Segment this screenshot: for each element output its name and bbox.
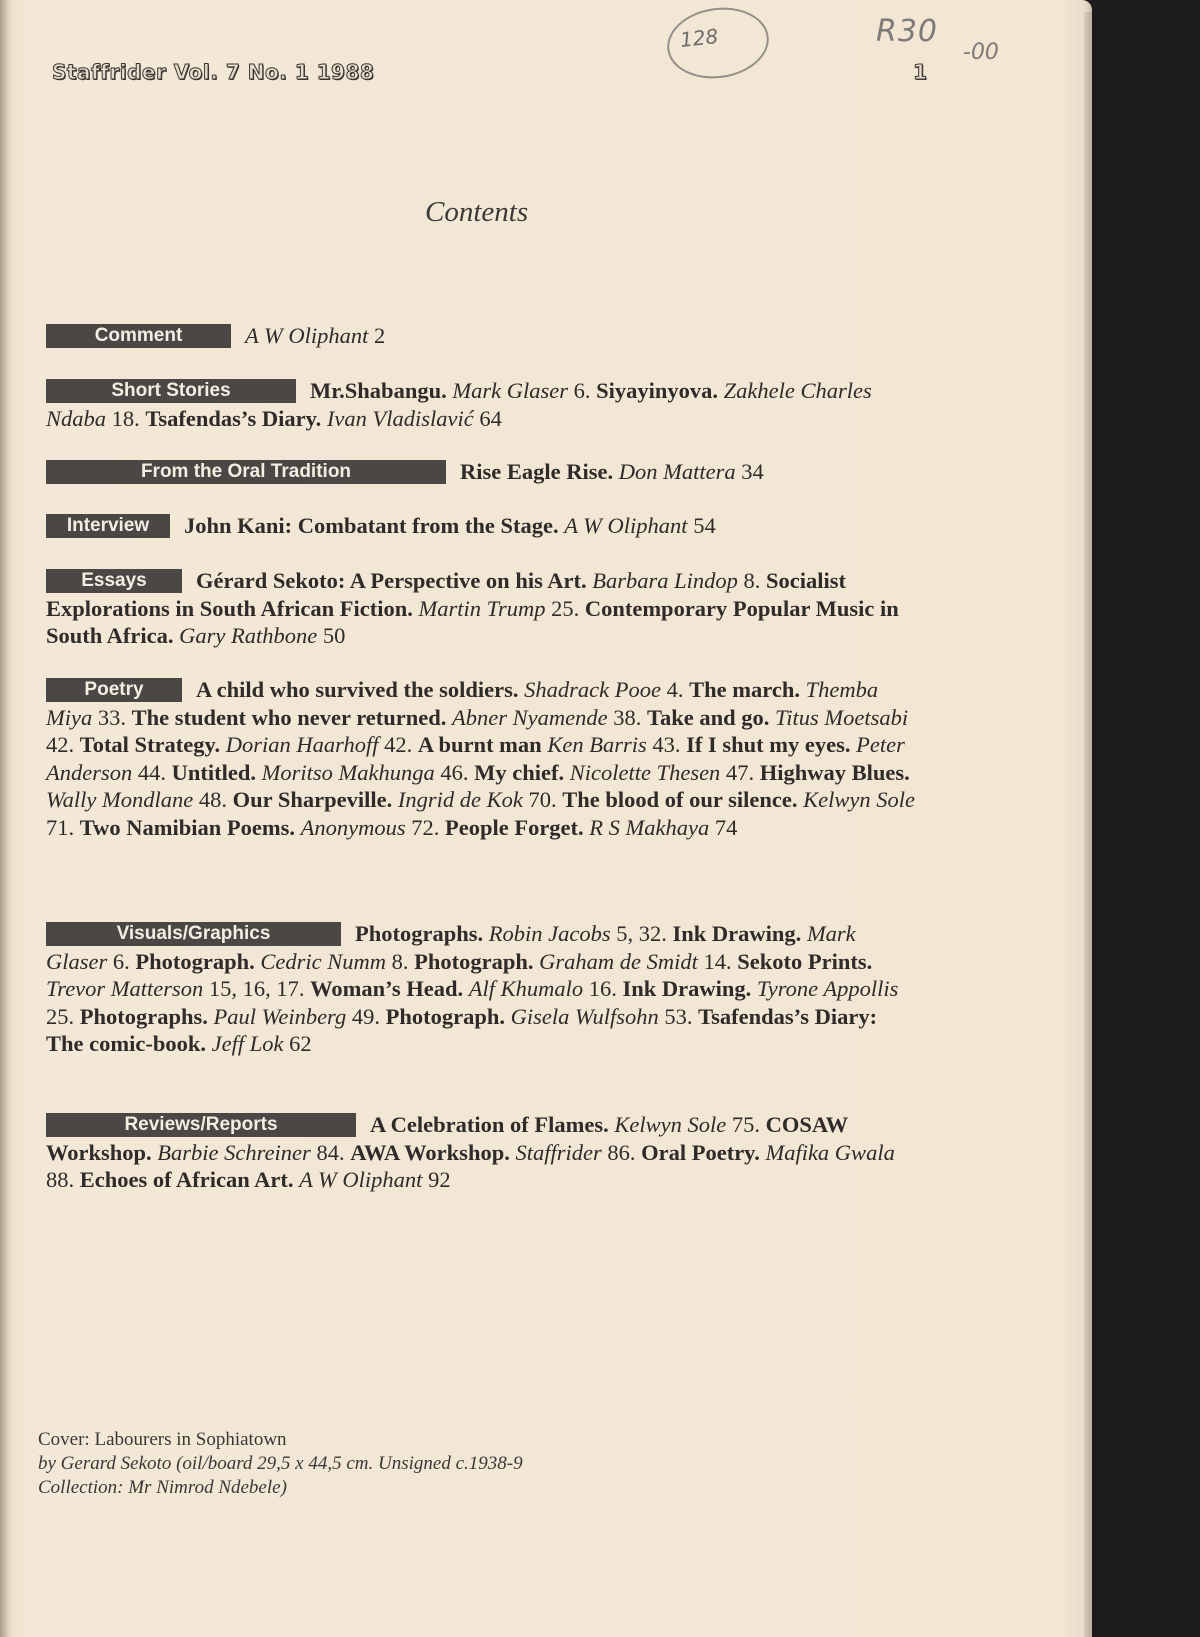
pencil-price-cents: -00 [963, 40, 999, 65]
entry-page: 6. [568, 378, 596, 403]
entry-author: Nicolette Thesen [570, 760, 721, 785]
entry-author: Barbie Schreiner [157, 1140, 311, 1165]
entry-page: 92 [422, 1167, 450, 1192]
entry-page: 44. [132, 760, 171, 785]
entry-title: Echoes of African Art. [80, 1167, 299, 1192]
binding-shadow [0, 0, 10, 1637]
toc-entry[interactable]: Photograph. Graham de Smidt 14. [414, 949, 737, 974]
entry-author: Dorian Haarhoff [226, 732, 379, 757]
entry-author: Ivan Vladislavić [327, 406, 474, 431]
entry-page: 75. [726, 1112, 765, 1137]
entry-title: Woman’s Head. [310, 976, 469, 1001]
running-head: Staffrider Vol. 7 No. 1 1988 [52, 60, 374, 84]
entry-author: Gisela Wulfsohn [511, 1004, 659, 1029]
entry-page: 71. [46, 815, 80, 840]
entry-author: Barbara Lindop [592, 568, 738, 593]
entry-author: Wally Mondlane [46, 787, 193, 812]
toc-entry[interactable]: Mr.Shabangu. Mark Glaser 6. [310, 378, 596, 403]
cover-caption-line-3: Collection: Mr Nimrod Ndebele) [38, 1476, 523, 1500]
entry-author: Robin Jacobs [489, 921, 611, 946]
entry-title: Photograph. [386, 1004, 511, 1029]
entry-title: Tsafendas’s Diary. [145, 406, 327, 431]
entry-title: Oral Poetry. [641, 1140, 765, 1165]
entry-page: 16. [583, 976, 622, 1001]
toc-entry[interactable]: A child who survived the soldiers. Shadr… [196, 677, 689, 702]
entry-title: A child who survived the soldiers. [196, 677, 524, 702]
toc-entry[interactable]: John Kani: Combatant from the Stage. A W… [184, 513, 716, 538]
entry-author: Ken Barris [547, 732, 646, 757]
entry-page: 64 [474, 406, 502, 431]
entry-title: People Forget. [445, 815, 589, 840]
section-short-stories: Short StoriesMr.Shabangu. Mark Glaser 6.… [46, 377, 916, 432]
toc-entry[interactable]: AWA Workshop. Staffrider 86. [350, 1140, 641, 1165]
entry-page: 54 [688, 513, 716, 538]
toc-entry[interactable]: A W Oliphant 2 [245, 323, 385, 348]
toc-entry[interactable]: Rise Eagle Rise. Don Mattera 34 [460, 459, 764, 484]
entry-page: 53. [659, 1004, 698, 1029]
entry-title: Gérard Sekoto: A Perspective on his Art. [196, 568, 592, 593]
cover-caption-line-2: by Gerard Sekoto (oil/board 29,5 x 44,5 … [38, 1452, 523, 1476]
cover-caption-line-1: Cover: Labourers in Sophiatown [38, 1428, 523, 1452]
section-poetry: PoetryA child who survived the soldiers.… [46, 676, 916, 841]
entry-author: Martin Trump [419, 596, 546, 621]
entry-author: Kelwyn Sole [803, 787, 915, 812]
section-visuals-graphics: Visuals/GraphicsPhotographs. Robin Jacob… [46, 920, 916, 1058]
entry-author: Titus Moetsabi [775, 705, 908, 730]
section-label: From the Oral Tradition [46, 460, 446, 484]
section-comment: CommentA W Oliphant 2 [46, 322, 916, 350]
section-label: Essays [46, 569, 182, 593]
entry-title: Sekoto Prints. [737, 949, 872, 974]
toc-entry[interactable]: Echoes of African Art. A W Oliphant 92 [80, 1167, 451, 1192]
entry-title: Our Sharpeville. [233, 787, 398, 812]
pencil-circled-number: 128 [679, 24, 719, 52]
entry-title: The student who never returned. [132, 705, 452, 730]
entry-author: Anonymous [301, 815, 406, 840]
entry-author: Tyrone Appollis [757, 976, 898, 1001]
entry-author: Kelwyn Sole [614, 1112, 726, 1137]
entry-page: 15, 16, 17. [203, 976, 310, 1001]
entry-author: A W Oliphant [299, 1167, 422, 1192]
entry-title: Highway Blues. [760, 760, 910, 785]
section-label: Comment [46, 324, 231, 348]
toc-entry[interactable]: Total Strategy. Dorian Haarhoff 42. [80, 732, 418, 757]
toc-entry[interactable]: Woman’s Head. Alf Khumalo 16. [310, 976, 622, 1001]
section-essays: EssaysGérard Sekoto: A Perspective on hi… [46, 567, 916, 650]
section-label: Poetry [46, 678, 182, 702]
entry-page: 33. [92, 705, 131, 730]
cover-caption: Cover: Labourers in Sophiatown by Gerard… [38, 1428, 523, 1500]
entry-title: Photographs. [80, 1004, 214, 1029]
entry-author: Shadrack Pooe [524, 677, 661, 702]
entry-title: Two Namibian Poems. [80, 815, 301, 840]
entry-page: 70. [523, 787, 562, 812]
entry-author: A W Oliphant [245, 323, 368, 348]
toc-entry[interactable]: Tsafendas’s Diary. Ivan Vladislavić 64 [145, 406, 501, 431]
entry-title: The blood of our silence. [562, 787, 803, 812]
entry-page: 2 [368, 323, 385, 348]
entry-title: Total Strategy. [80, 732, 226, 757]
entry-title: Ink Drawing. [623, 976, 757, 1001]
page-title: Contents [425, 196, 528, 229]
pencil-price: R30 [876, 14, 938, 49]
section-label: Reviews/Reports [46, 1113, 356, 1137]
entry-page: 50 [317, 623, 345, 648]
toc-entry[interactable]: Photograph. Cedric Numm 8. [135, 949, 414, 974]
entry-page: 5, 32. [611, 921, 673, 946]
entry-page: 48. [193, 787, 232, 812]
entry-author: Alf Khumalo [469, 976, 583, 1001]
entry-title: Photographs. [355, 921, 489, 946]
entry-title: If I shut my eyes. [686, 732, 856, 757]
entry-title: My chief. [474, 760, 570, 785]
entry-author: A W Oliphant [564, 513, 687, 538]
toc-entry[interactable]: Two Namibian Poems. Anonymous 72. [80, 815, 445, 840]
toc-entry[interactable]: Gérard Sekoto: A Perspective on his Art.… [196, 568, 766, 593]
entry-page: 72. [406, 815, 445, 840]
entry-title: John Kani: Combatant from the Stage. [184, 513, 564, 538]
entry-page: 25. [545, 596, 584, 621]
entry-page: 38. [608, 705, 647, 730]
toc-entry[interactable]: Photographs. Robin Jacobs 5, 32. [355, 921, 673, 946]
entry-page: 25. [46, 1004, 80, 1029]
entry-page: 18. [106, 406, 145, 431]
toc-entry[interactable]: My chief. Nicolette Thesen 47. [474, 760, 760, 785]
entry-author: Ingrid de Kok [398, 787, 523, 812]
entry-page: 4. [661, 677, 689, 702]
entry-page: 49. [346, 1004, 385, 1029]
entry-page: 43. [647, 732, 686, 757]
entry-author: Abner Nyamende [452, 705, 608, 730]
section-label: Interview [46, 514, 170, 538]
section-label: Visuals/Graphics [46, 922, 341, 946]
entry-author: Mafika Gwala [765, 1140, 894, 1165]
toc-entry[interactable]: Our Sharpeville. Ingrid de Kok 70. [233, 787, 563, 812]
entry-author: Staffrider [515, 1140, 601, 1165]
entry-title: Take and go. [647, 705, 775, 730]
entry-title: Ink Drawing. [673, 921, 807, 946]
entry-author: Gary Rathbone [179, 623, 317, 648]
entry-title: Mr.Shabangu. [310, 378, 452, 403]
entry-author: R S Makhaya [589, 815, 709, 840]
entry-page: 74 [709, 815, 737, 840]
entry-page: 62 [283, 1031, 311, 1056]
section-reviews-reports: Reviews/ReportsA Celebration of Flames. … [46, 1111, 916, 1194]
toc-entry[interactable]: People Forget. R S Makhaya 74 [445, 815, 737, 840]
entry-author: Moritso Makhunga [262, 760, 435, 785]
section-interview: InterviewJohn Kani: Combatant from the S… [46, 512, 916, 540]
entry-title: Photograph. [414, 949, 539, 974]
page-number: 1 [913, 60, 927, 84]
entry-title: Photograph. [135, 949, 260, 974]
entry-author: Don Mattera [619, 459, 736, 484]
entry-page: 6. [107, 949, 135, 974]
entry-page: 42. [379, 732, 418, 757]
entry-author: Graham de Smidt [539, 949, 698, 974]
entry-page: 42. [46, 732, 80, 757]
entry-title: The march. [689, 677, 805, 702]
entry-page: 86. [602, 1140, 641, 1165]
entry-title: A burnt man [418, 732, 547, 757]
section-oral-tradition: From the Oral TraditionRise Eagle Rise. … [46, 458, 916, 486]
entry-title: Untitled. [172, 760, 262, 785]
entry-page: 34 [736, 459, 764, 484]
toc-entry[interactable]: The student who never returned. Abner Ny… [132, 705, 647, 730]
entry-author: Trevor Matterson [46, 976, 203, 1001]
entry-page: 88. [46, 1167, 80, 1192]
toc-entry[interactable]: A burnt man Ken Barris 43. [418, 732, 686, 757]
entry-page: 46. [435, 760, 474, 785]
entry-author: Jeff Lok [212, 1031, 284, 1056]
toc-entry[interactable]: Photographs. Paul Weinberg 49. [80, 1004, 386, 1029]
entry-page: 84. [311, 1140, 350, 1165]
entry-title: Rise Eagle Rise. [460, 459, 619, 484]
page-edge [1084, 12, 1092, 1637]
entry-page: 8. [738, 568, 766, 593]
magazine-page: Staffrider Vol. 7 No. 1 1988 1 128 R30 -… [0, 0, 1092, 1637]
entry-author: Cedric Numm [260, 949, 386, 974]
entry-page: 47. [720, 760, 759, 785]
entry-title: AWA Workshop. [350, 1140, 515, 1165]
toc-entry[interactable]: Untitled. Moritso Makhunga 46. [172, 760, 475, 785]
entry-title: Siyayinyova. [596, 378, 724, 403]
entry-title: A Celebration of Flames. [370, 1112, 614, 1137]
entry-page: 8. [386, 949, 414, 974]
section-label: Short Stories [46, 379, 296, 403]
toc-entry[interactable]: A Celebration of Flames. Kelwyn Sole 75. [370, 1112, 766, 1137]
entry-page: 14. [698, 949, 737, 974]
toc-entry[interactable]: Photograph. Gisela Wulfsohn 53. [386, 1004, 699, 1029]
entry-author: Paul Weinberg [214, 1004, 347, 1029]
entry-author: Mark Glaser [452, 378, 568, 403]
